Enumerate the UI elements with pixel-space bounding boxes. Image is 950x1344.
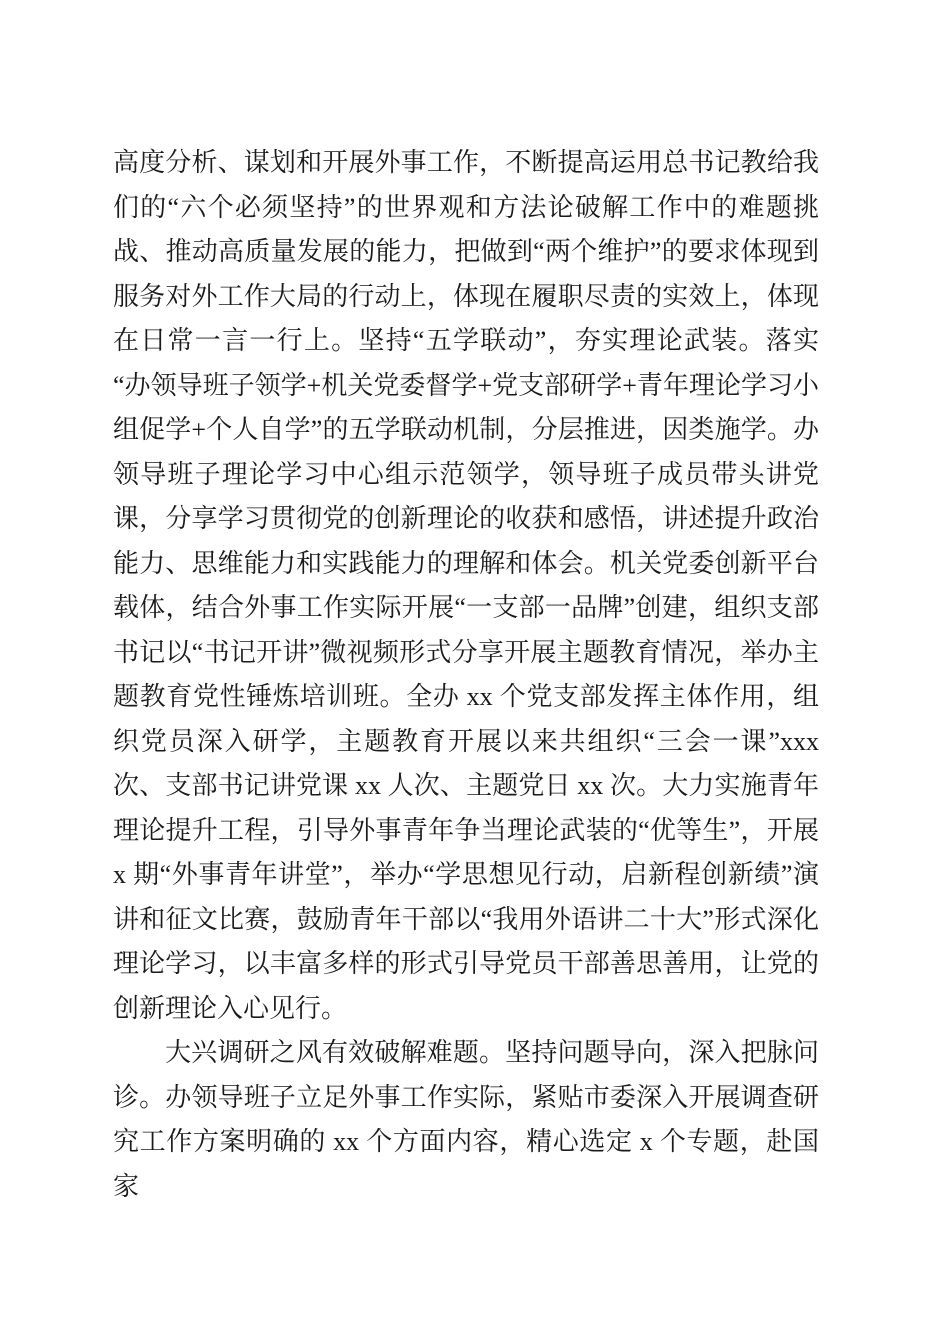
paragraph-theory-study: 高度分析、谋划和开展外事工作，不断提高运用总书记教给我们的“六个必须坚持”的世界…: [113, 141, 819, 1031]
document-body: 高度分析、谋划和开展外事工作，不断提高运用总书记教给我们的“六个必须坚持”的世界…: [113, 141, 819, 1209]
document-page: 高度分析、谋划和开展外事工作，不断提高运用总书记教给我们的“六个必须坚持”的世界…: [0, 0, 950, 1344]
paragraph-research-investigation: 大兴调研之风有效破解难题。坚持问题导向，深入把脉问诊。办领导班子立足外事工作实际…: [113, 1031, 819, 1209]
